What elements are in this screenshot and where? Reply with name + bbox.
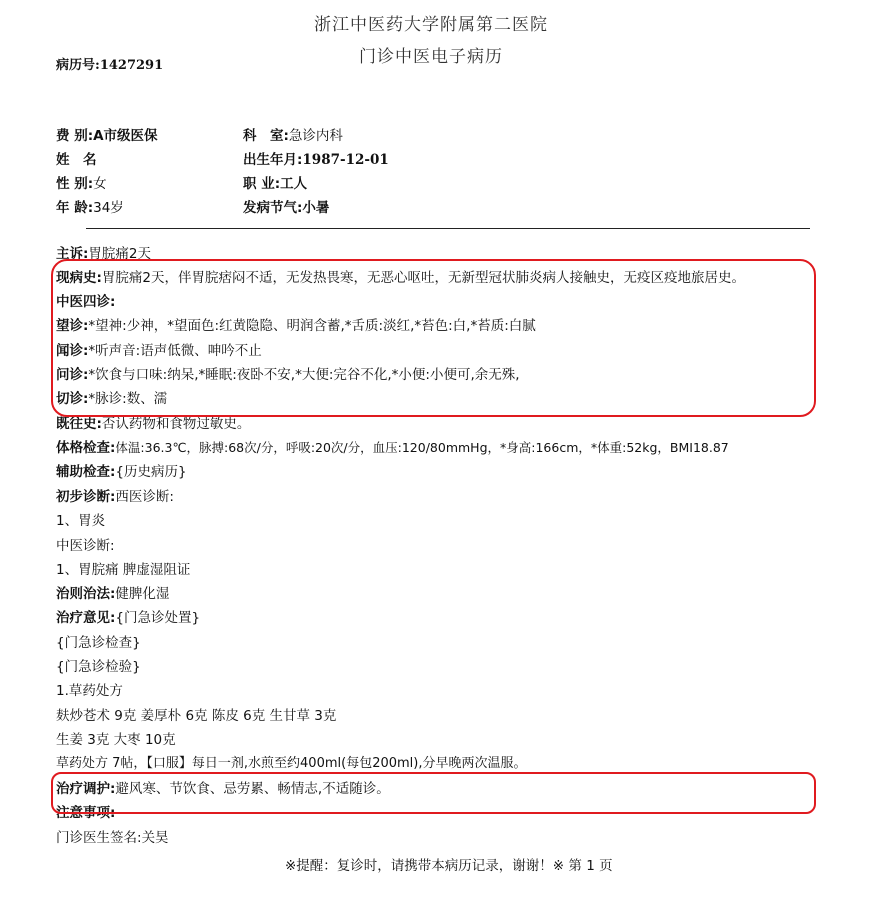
birth-label: 出生年月:: [243, 152, 302, 168]
treatment-opinion-value: {门急诊处置}: [115, 610, 200, 626]
birth-field: 出生年月:1987-12-01: [243, 148, 389, 170]
herbal-rx-line-2: 生姜 3克 大枣 10克: [56, 728, 176, 752]
four-exams-heading: 中医四诊:: [56, 290, 115, 314]
header-divider: [86, 228, 810, 229]
past-history: 既往史:否认药物和食物过敏史。: [56, 412, 250, 436]
four-exams-label: 中医四诊:: [56, 294, 115, 310]
present-illness: 现病史:胃脘痛2天，伴胃脘痞闷不适，无发热畏寒，无恶心呕吐，无新型冠状肺炎病人接…: [56, 266, 745, 290]
prelim-diagnosis: 初步诊断:西医诊断:: [56, 485, 174, 509]
solar-term-label: 发病节气:: [243, 200, 302, 216]
aux-exam: 辅助检查:{历史病历}: [56, 460, 187, 484]
solar-term-value: 小暑: [302, 200, 329, 216]
past-history-label: 既往史:: [56, 416, 102, 432]
listening: 闻诊:*听声音:语声低微、呻吟不止: [56, 339, 262, 363]
physical-exam-value: 体温:36.3℃，脉搏:68次/分，呼吸:20次/分，血压:120/80mmHg…: [115, 440, 728, 455]
present-illness-label: 现病史:: [56, 270, 102, 286]
footer-reminder: ※提醒：复诊时，请携带本病历记录，谢谢！※ 第 1 页: [285, 854, 613, 874]
inquiry: 问诊:*饮食与口味:纳呆,*睡眠:夜卧不安,*大便:完谷不化,*小便:小便可,余…: [56, 363, 520, 387]
prelim-diagnosis-label: 初步诊断:: [56, 489, 115, 505]
tcm-diagnosis-item: 1、胃脘痛 脾虚湿阻证: [56, 558, 190, 582]
age-field: 年 龄:34岁: [56, 196, 124, 218]
department-label: 科 室:: [243, 128, 289, 144]
department-value: 急诊内科: [289, 128, 343, 144]
inquiry-label: 问诊:: [56, 367, 88, 383]
inspection: 望诊:*望神:少神，*望面色:红黄隐隐、明润含蓄,*舌质:淡红,*苔色:白,*苔…: [56, 314, 536, 338]
tcm-diagnosis-heading: 中医诊断:: [56, 534, 115, 558]
care-advice-label: 治疗调护:: [56, 781, 115, 797]
fee-type-field: 费 别:A市级医保: [56, 124, 158, 146]
chief-complaint-label: 主诉:: [56, 246, 88, 262]
physical-exam-label: 体格检查:: [56, 440, 115, 456]
treatment-principle-value: 健脾化湿: [115, 586, 169, 602]
herbal-rx-usage: 草药处方 7帖，【口服】每日一剂,水煎至约400ml(每包200ml),分早晚两…: [56, 752, 527, 776]
inspection-value: *望神:少神，*望面色:红黄隐隐、明润含蓄,*舌质:淡红,*苔色:白,*苔质:白…: [88, 318, 535, 334]
care-advice-value: 避风寒、节饮食、忌劳累、畅情志,不适随诊。: [115, 781, 389, 797]
sex-value: 女: [93, 176, 107, 192]
treatment-principle-label: 治则治法:: [56, 586, 115, 602]
age-value: 34岁: [93, 200, 124, 216]
doctor-signature-value: 关昊: [142, 830, 169, 846]
chief-complaint: 主诉:胃脘痛2天: [56, 242, 151, 266]
doctor-signature-label: 门诊医生签名:: [56, 830, 142, 846]
palpation-value: *脉诊:数、濡: [88, 391, 167, 407]
occupation-field: 职 业:工人: [243, 172, 307, 194]
occupation-value: 工人: [280, 176, 307, 192]
listening-label: 闻诊:: [56, 343, 88, 359]
physical-exam: 体格检查:体温:36.3℃，脉搏:68次/分，呼吸:20次/分，血压:120/8…: [56, 436, 729, 460]
name-label: 姓 名: [56, 152, 97, 168]
prelim-diagnosis-value: 西医诊断:: [115, 489, 174, 505]
name-field: 姓 名: [56, 148, 97, 170]
aux-exam-label: 辅助检查:: [56, 464, 115, 480]
treatment-principle: 治则治法:健脾化湿: [56, 582, 169, 606]
inspection-label: 望诊:: [56, 318, 88, 334]
treatment-opinion: 治疗意见:{门急诊处置}: [56, 606, 200, 630]
sex-field: 性 别:女: [56, 172, 107, 194]
sex-label: 性 别:: [56, 176, 93, 192]
er-lab: {门急诊检验}: [56, 655, 141, 679]
fee-type-label: 费 别:: [56, 128, 93, 144]
fee-type-value: A市级医保: [93, 128, 157, 144]
record-number-label: 病历号:: [56, 58, 100, 73]
er-exam: {门急诊检查}: [56, 631, 141, 655]
western-diagnosis-item: 1、胃炎: [56, 509, 105, 533]
inquiry-value: *饮食与口味:纳呆,*睡眠:夜卧不安,*大便:完谷不化,*小便:小便可,余无殊,: [88, 367, 519, 383]
aux-exam-value: {历史病历}: [115, 464, 186, 480]
present-illness-value: 胃脘痛2天，伴胃脘痞闷不适，无发热畏寒，无恶心呕吐，无新型冠状肺炎病人接触史，无…: [102, 270, 745, 286]
hospital-title: 浙江中医药大学附属第二医院: [0, 10, 867, 35]
herbal-rx-title: 1.草药处方: [56, 679, 123, 703]
care-advice: 治疗调护:避风寒、节饮食、忌劳累、畅情志,不适随诊。: [56, 777, 390, 801]
herbal-rx-line-1: 麸炒苍术 9克 姜厚朴 6克 陈皮 6克 生甘草 3克: [56, 704, 336, 728]
age-label: 年 龄:: [56, 200, 93, 216]
past-history-value: 否认药物和食物过敏史。: [102, 416, 251, 432]
occupation-label: 职 业:: [243, 176, 280, 192]
palpation-label: 切诊:: [56, 391, 88, 407]
record-number-value: 1427291: [100, 58, 163, 73]
solar-term-field: 发病节气:小暑: [243, 196, 329, 218]
record-number: 病历号:1427291: [56, 54, 163, 73]
doctor-signature: 门诊医生签名:关昊: [56, 826, 169, 850]
chief-complaint-value: 胃脘痛2天: [88, 246, 151, 262]
department-field: 科 室:急诊内科: [243, 124, 343, 146]
listening-value: *听声音:语声低微、呻吟不止: [88, 343, 261, 359]
palpation: 切诊:*脉诊:数、濡: [56, 387, 167, 411]
treatment-opinion-label: 治疗意见:: [56, 610, 115, 626]
birth-value: 1987-12-01: [302, 152, 388, 168]
notes-label: 注意事项:: [56, 805, 115, 821]
notes: 注意事项:: [56, 801, 115, 825]
